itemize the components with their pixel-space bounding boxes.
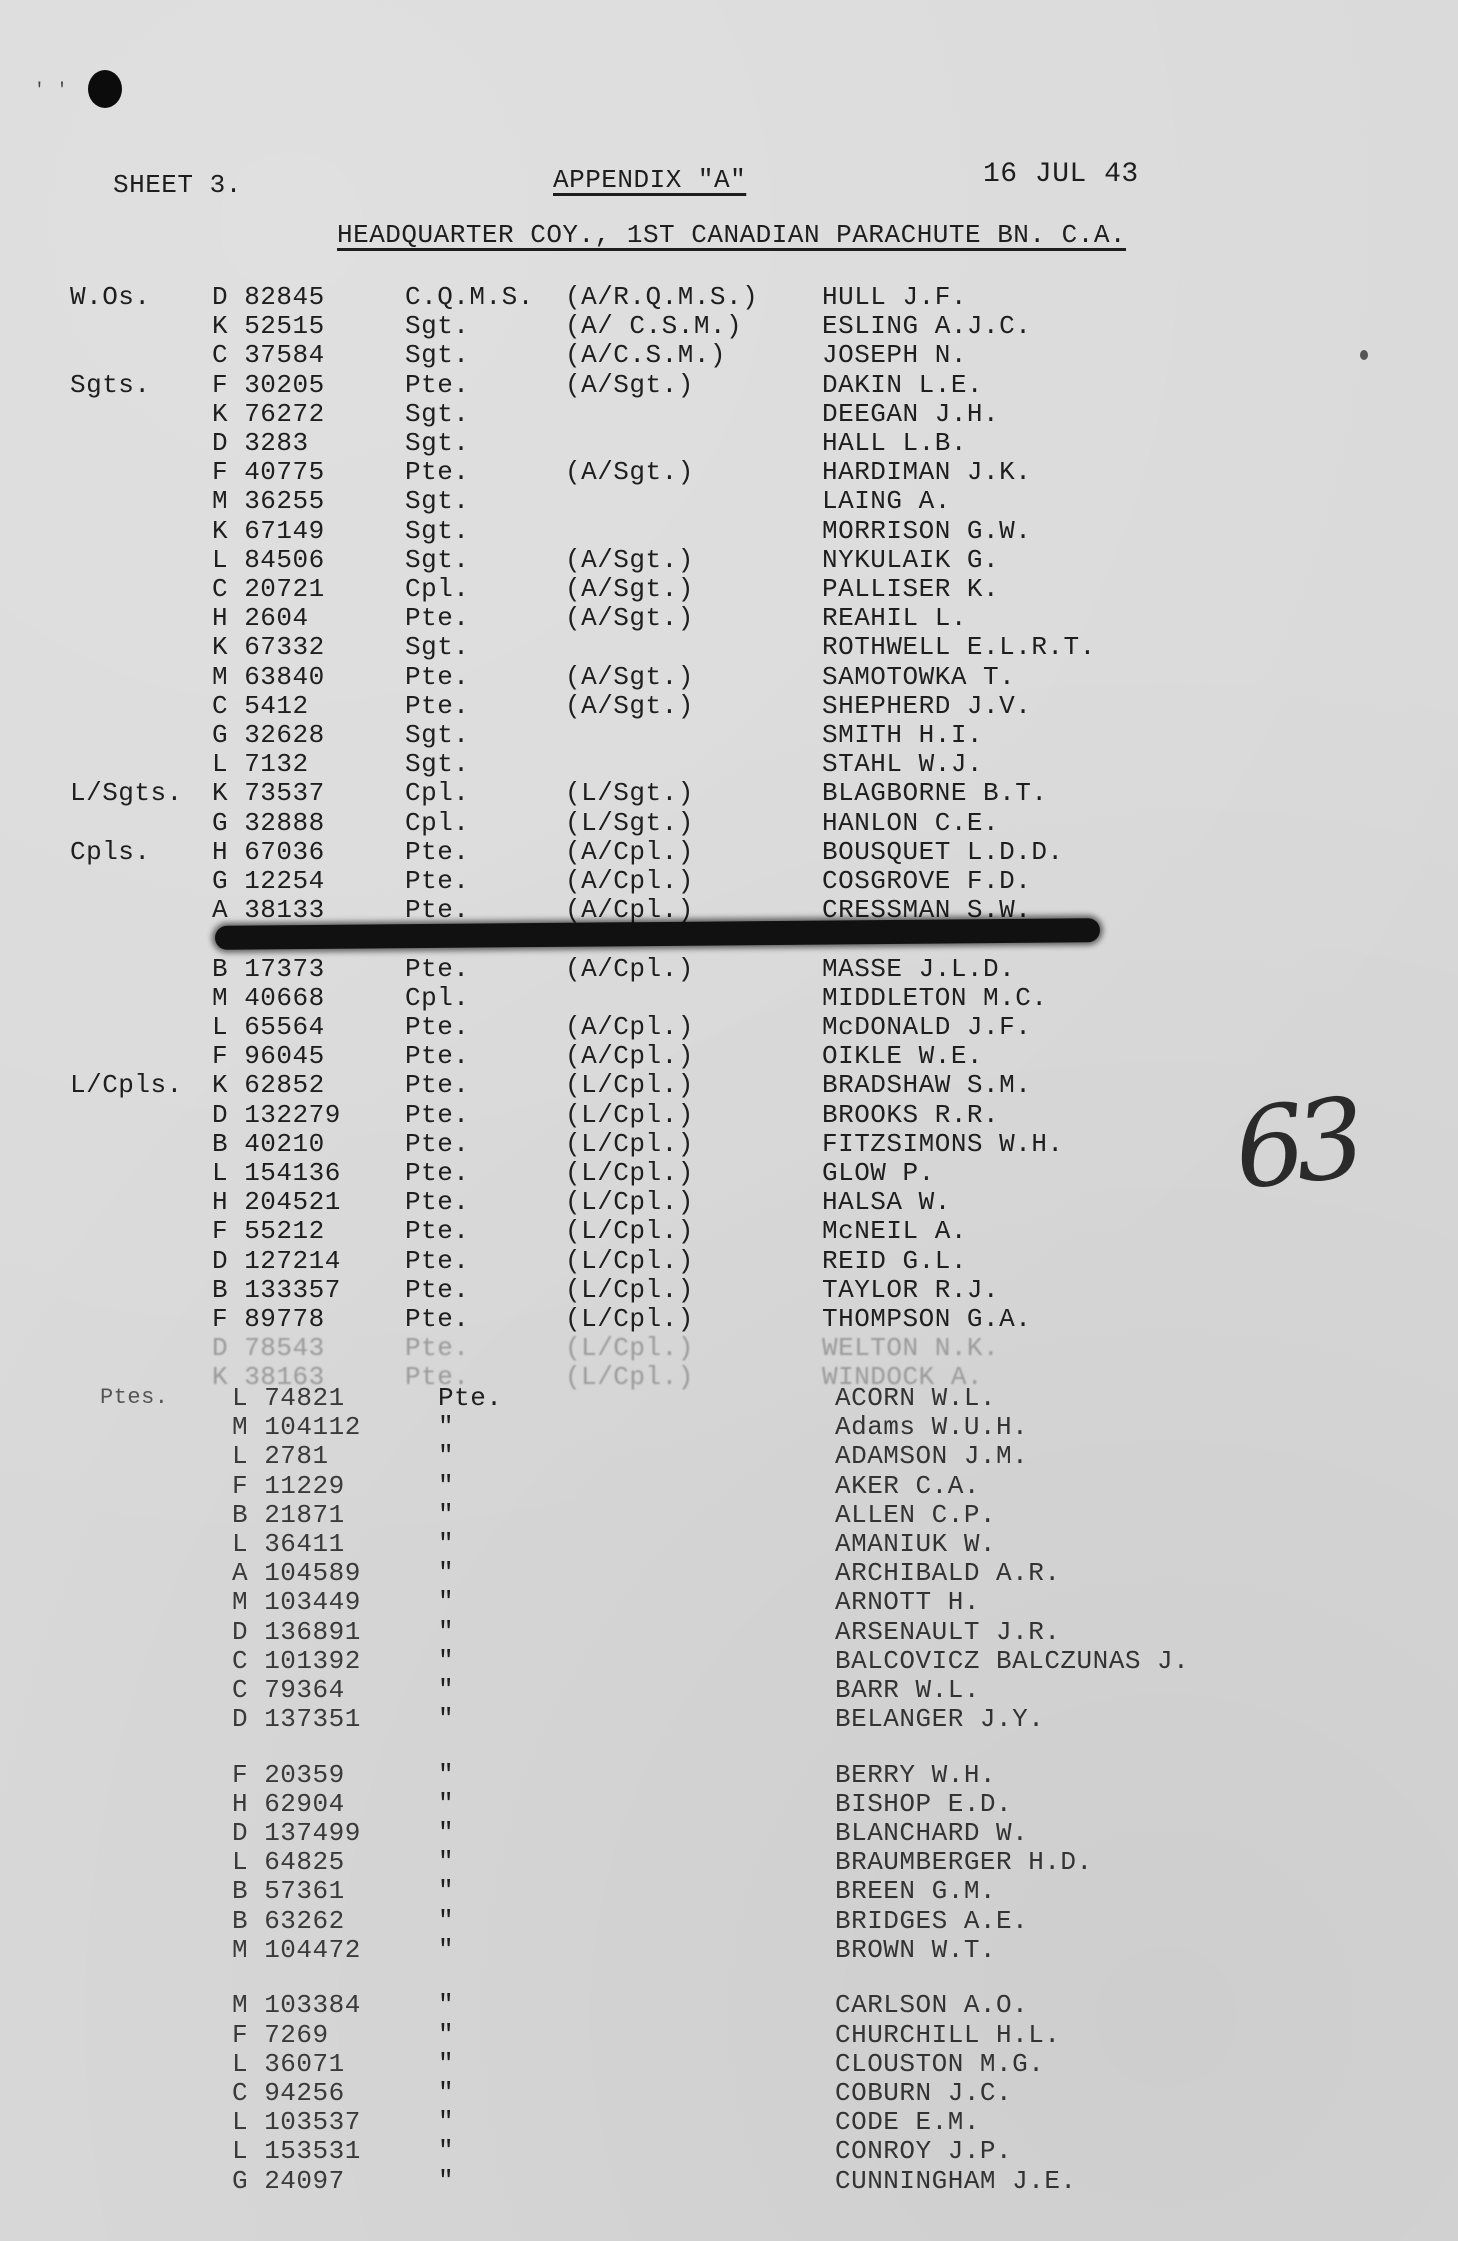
regimental-number: K 73537: [212, 780, 325, 806]
regimental-number: G 24097: [232, 2168, 345, 2194]
soldier-name: BLANCHARD W.: [835, 1820, 1028, 1846]
acting-rank: (L/Cpl.): [565, 1335, 694, 1361]
roster-row: M 103449"ARNOTT H.: [0, 1589, 1458, 1618]
soldier-name: GLOW P.: [822, 1160, 935, 1186]
soldier-name: BERRY W.H.: [835, 1762, 996, 1788]
roster-row: L 153531"CONROY J.P.: [0, 2138, 1458, 2167]
regimental-number: C 101392: [232, 1648, 361, 1674]
regimental-number: C 20721: [212, 576, 325, 602]
regimental-number: D 78543: [212, 1335, 325, 1361]
roster-row: Cpls.H 67036Pte.(A/Cpl.)BOUSQUET L.D.D.: [0, 839, 1458, 868]
soldier-name: MASSE J.L.D.: [822, 956, 1015, 982]
rank-group-label: L/Sgts.: [70, 780, 183, 806]
substantive-rank: Pte.: [405, 1131, 469, 1157]
roster-row: G 12254Pte.(A/Cpl.)COSGROVE F.D.: [0, 868, 1458, 897]
substantive-rank: ": [438, 1937, 454, 1963]
roster-row: L 2781"ADAMSON J.M.: [0, 1443, 1458, 1472]
regimental-number: L 65564: [212, 1014, 325, 1040]
roster-row: K 67149Sgt.MORRISON G.W.: [0, 518, 1458, 547]
substantive-rank: Cpl.: [405, 780, 469, 806]
substantive-rank: Pte.: [405, 1160, 469, 1186]
substantive-rank: Cpl.: [405, 576, 469, 602]
soldier-name: BROWN W.T.: [835, 1937, 996, 1963]
regimental-number: D 82845: [212, 284, 325, 310]
acting-rank: (L/Cpl.): [565, 1306, 694, 1332]
soldier-name: MIDDLETON M.C.: [822, 985, 1047, 1011]
regimental-number: K 67149: [212, 518, 325, 544]
soldier-name: McDONALD J.F.: [822, 1014, 1031, 1040]
soldier-name: REAHIL L.: [822, 605, 967, 631]
substantive-rank: Sgt.: [405, 313, 469, 339]
soldier-name: COBURN J.C.: [835, 2080, 1012, 2106]
regimental-number: A 38133: [212, 897, 325, 923]
roster-row: D 3283Sgt.HALL L.B.: [0, 430, 1458, 459]
unit-heading: HEADQUARTER COY., 1ST CANADIAN PARACHUTE…: [337, 222, 1126, 248]
soldier-name: HANLON C.E.: [822, 810, 999, 836]
soldier-name: HULL J.F.: [822, 284, 967, 310]
roster-row: Ptes.L 74821Pte.ACORN W.L.: [0, 1385, 1458, 1414]
soldier-name: Adams W.U.H.: [835, 1414, 1028, 1440]
roster-row: F 96045Pte.(A/Cpl.)OIKLE W.E.: [0, 1043, 1458, 1072]
substantive-rank: ": [438, 1677, 454, 1703]
soldier-name: HARDIMAN J.K.: [822, 459, 1031, 485]
acting-rank: (A/R.Q.M.S.): [565, 284, 758, 310]
roster-row: B 63262"BRIDGES A.E.: [0, 1908, 1458, 1937]
roster-row: C 5412Pte.(A/Sgt.)SHEPHERD J.V.: [0, 693, 1458, 722]
roster-row: C 94256"COBURN J.C.: [0, 2080, 1458, 2109]
soldier-name: OIKLE W.E.: [822, 1043, 983, 1069]
soldier-name: McNEIL A.: [822, 1218, 967, 1244]
regimental-number: M 63840: [212, 664, 325, 690]
substantive-rank: Pte.: [405, 1277, 469, 1303]
soldier-name: BROOKS R.R.: [822, 1102, 999, 1128]
substantive-rank: Pte.: [405, 1218, 469, 1244]
roster-row: G 32628Sgt.SMITH H.I.: [0, 722, 1458, 751]
regimental-number: L 36071: [232, 2051, 345, 2077]
acting-rank: (L/Cpl.): [565, 1102, 694, 1128]
soldier-name: FITZSIMONS W.H.: [822, 1131, 1064, 1157]
soldier-name: ROTHWELL E.L.R.T.: [822, 634, 1096, 660]
substantive-rank: Pte.: [405, 1248, 469, 1274]
substantive-rank: Pte.: [405, 664, 469, 690]
regimental-number: G 32628: [212, 722, 325, 748]
regimental-number: G 32888: [212, 810, 325, 836]
soldier-name: ARSENAULT J.R.: [835, 1619, 1060, 1645]
regimental-number: B 57361: [232, 1878, 345, 1904]
regimental-number: M 36255: [212, 488, 325, 514]
roster-row: L 103537"CODE E.M.: [0, 2109, 1458, 2138]
substantive-rank: ": [438, 1443, 454, 1469]
roster-row: D 137351"BELANGER J.Y.: [0, 1706, 1458, 1735]
roster-row: D 137499"BLANCHARD W.: [0, 1820, 1458, 1849]
substantive-rank: Pte.: [405, 956, 469, 982]
substantive-rank: ": [438, 1502, 454, 1528]
regimental-number: F 7269: [232, 2022, 329, 2048]
substantive-rank: Pte.: [405, 459, 469, 485]
regimental-number: M 104112: [232, 1414, 361, 1440]
roster-row: F 40775Pte.(A/Sgt.)HARDIMAN J.K.: [0, 459, 1458, 488]
regimental-number: L 154136: [212, 1160, 341, 1186]
regimental-number: K 67332: [212, 634, 325, 660]
roster-row: D 127214Pte.(L/Cpl.)REID G.L.: [0, 1248, 1458, 1277]
substantive-rank: Sgt.: [405, 342, 469, 368]
acting-rank: (A/Sgt.): [565, 576, 694, 602]
soldier-name: BOUSQUET L.D.D.: [822, 839, 1064, 865]
substantive-rank: ": [438, 1992, 454, 2018]
document-date: 16 JUL 43: [983, 162, 1139, 188]
soldier-name: BELANGER J.Y.: [835, 1706, 1044, 1732]
soldier-name: WELTON N.K.: [822, 1335, 999, 1361]
regimental-number: F 96045: [212, 1043, 325, 1069]
roster-row: F 89778Pte.(L/Cpl.)THOMPSON G.A.: [0, 1306, 1458, 1335]
soldier-name: SHEPHERD J.V.: [822, 693, 1031, 719]
substantive-rank: Sgt.: [405, 634, 469, 660]
roster-row: L 36071"CLOUSTON M.G.: [0, 2051, 1458, 2080]
substantive-rank: ": [438, 2051, 454, 2077]
roster-row: M 63840Pte.(A/Sgt.)SAMOTOWKA T.: [0, 664, 1458, 693]
soldier-name: HALSA W.: [822, 1189, 951, 1215]
soldier-name: CUNNINGHAM J.E.: [835, 2168, 1077, 2194]
substantive-rank: ": [438, 1878, 454, 1904]
roster-row: D 78543Pte.(L/Cpl.)WELTON N.K.: [0, 1335, 1458, 1364]
roster-row: B 57361"BREEN G.M.: [0, 1878, 1458, 1907]
acting-rank: (L/Cpl.): [565, 1277, 694, 1303]
substantive-rank: Sgt.: [405, 401, 469, 427]
soldier-name: LAING A.: [822, 488, 951, 514]
regimental-number: H 2604: [212, 605, 309, 631]
regimental-number: L 84506: [212, 547, 325, 573]
substantive-rank: ": [438, 1619, 454, 1645]
handwritten-page-number: 63: [1229, 1074, 1362, 1214]
substantive-rank: ": [438, 1589, 454, 1615]
substantive-rank: Sgt.: [405, 751, 469, 777]
regimental-number: D 127214: [212, 1248, 341, 1274]
substantive-rank: Sgt.: [405, 547, 469, 573]
acting-rank: (A/Sgt.): [565, 664, 694, 690]
roster-row: F 11229"AKER C.A.: [0, 1473, 1458, 1502]
acting-rank: (A/Sgt.): [565, 693, 694, 719]
substantive-rank: ": [438, 1762, 454, 1788]
regimental-number: F 89778: [212, 1306, 325, 1332]
roster-row: K 52515Sgt.(A/ C.S.M.)ESLING A.J.C.: [0, 313, 1458, 342]
regimental-number: M 103449: [232, 1589, 361, 1615]
roster-row: F 20359"BERRY W.H.: [0, 1762, 1458, 1791]
regimental-number: F 11229: [232, 1473, 345, 1499]
roster-row: L 36411"AMANIUK W.: [0, 1531, 1458, 1560]
acting-rank: (L/Cpl.): [565, 1160, 694, 1186]
regimental-number: L 36411: [232, 1531, 345, 1557]
substantive-rank: Pte.: [405, 868, 469, 894]
roster-row: D 136891"ARSENAULT J.R.: [0, 1619, 1458, 1648]
substantive-rank: ": [438, 1414, 454, 1440]
regimental-number: G 12254: [212, 868, 325, 894]
roster-row: M 40668Cpl.MIDDLETON M.C.: [0, 985, 1458, 1014]
soldier-name: BRADSHAW S.M.: [822, 1072, 1031, 1098]
acting-rank: (L/Cpl.): [565, 1131, 694, 1157]
soldier-name: CODE E.M.: [835, 2109, 980, 2135]
substantive-rank: Sgt.: [405, 722, 469, 748]
substantive-rank: Pte.: [405, 1335, 469, 1361]
substantive-rank: ": [438, 1820, 454, 1846]
soldier-name: BRAUMBERGER H.D.: [835, 1849, 1093, 1875]
sheet-number: SHEET 3.: [113, 172, 242, 198]
regimental-number: H 67036: [212, 839, 325, 865]
roster-row: L 84506Sgt.(A/Sgt.)NYKULAIK G.: [0, 547, 1458, 576]
soldier-name: ARNOTT H.: [835, 1589, 980, 1615]
punch-hole: [88, 70, 122, 108]
substantive-rank: ": [438, 1849, 454, 1875]
soldier-name: ARCHIBALD A.R.: [835, 1560, 1060, 1586]
substantive-rank: ": [438, 1791, 454, 1817]
roster-row: L 65564Pte.(A/Cpl.)McDONALD J.F.: [0, 1014, 1458, 1043]
regimental-number: L 7132: [212, 751, 309, 777]
regimental-number: F 30205: [212, 372, 325, 398]
substantive-rank: Pte.: [405, 372, 469, 398]
roster-row: B 21871"ALLEN C.P.: [0, 1502, 1458, 1531]
regimental-number: L 103537: [232, 2109, 361, 2135]
regimental-number: D 132279: [212, 1102, 341, 1128]
substantive-rank: Pte.: [438, 1385, 502, 1411]
soldier-name: STAHL W.J.: [822, 751, 983, 777]
soldier-name: REID G.L.: [822, 1248, 967, 1274]
substantive-rank: ": [438, 1908, 454, 1934]
substantive-rank: Pte.: [405, 839, 469, 865]
punch-marks: ' ': [34, 78, 68, 104]
regimental-number: D 136891: [232, 1619, 361, 1645]
soldier-name: AMANIUK W.: [835, 1531, 996, 1557]
regimental-number: M 104472: [232, 1937, 361, 1963]
appendix-title: APPENDIX "A": [553, 167, 746, 193]
regimental-number: C 5412: [212, 693, 309, 719]
soldier-name: SAMOTOWKA T.: [822, 664, 1015, 690]
roster-row: Sgts.F 30205Pte.(A/Sgt.)DAKIN L.E.: [0, 372, 1458, 401]
substantive-rank: Pte.: [405, 1189, 469, 1215]
acting-rank: (A/Cpl.): [565, 1043, 694, 1069]
soldier-name: CHURCHILL H.L.: [835, 2022, 1060, 2048]
rank-group-label: Cpls.: [70, 839, 151, 865]
substantive-rank: Sgt.: [405, 518, 469, 544]
regimental-number: M 40668: [212, 985, 325, 1011]
regimental-number: D 137499: [232, 1820, 361, 1846]
acting-rank: (A/Sgt.): [565, 372, 694, 398]
roster-row: B 17373Pte.(A/Cpl.)MASSE J.L.D.: [0, 956, 1458, 985]
roster-row: M 104472"BROWN W.T.: [0, 1937, 1458, 1966]
acting-rank: (L/Cpl.): [565, 1218, 694, 1244]
regimental-number: F 55212: [212, 1218, 325, 1244]
soldier-name: ADAMSON J.M.: [835, 1443, 1028, 1469]
regimental-number: L 64825: [232, 1849, 345, 1875]
regimental-number: C 94256: [232, 2080, 345, 2106]
substantive-rank: Sgt.: [405, 430, 469, 456]
roster-row: G 24097"CUNNINGHAM J.E.: [0, 2168, 1458, 2197]
regimental-number: D 137351: [232, 1706, 361, 1732]
regimental-number: C 37584: [212, 342, 325, 368]
regimental-number: B 63262: [232, 1908, 345, 1934]
soldier-name: SMITH H.I.: [822, 722, 983, 748]
regimental-number: D 3283: [212, 430, 309, 456]
substantive-rank: ": [438, 1531, 454, 1557]
substantive-rank: Cpl.: [405, 985, 469, 1011]
soldier-name: THOMPSON G.A.: [822, 1306, 1031, 1332]
soldier-name: NYKULAIK G.: [822, 547, 999, 573]
substantive-rank: ": [438, 1560, 454, 1586]
roster-row: B 133357Pte.(L/Cpl.)TAYLOR R.J.: [0, 1277, 1458, 1306]
soldier-name: BRIDGES A.E.: [835, 1908, 1028, 1934]
roster-row: K 67332Sgt.ROTHWELL E.L.R.T.: [0, 634, 1458, 663]
regimental-number: K 76272: [212, 401, 325, 427]
substantive-rank: ": [438, 2109, 454, 2135]
substantive-rank: ": [438, 2080, 454, 2106]
acting-rank: (L/Cpl.): [565, 1189, 694, 1215]
soldier-name: HALL L.B.: [822, 430, 967, 456]
roster-row: M 104112"Adams W.U.H.: [0, 1414, 1458, 1443]
roster-row: M 36255Sgt.LAING A.: [0, 488, 1458, 517]
acting-rank: (A/Cpl.): [565, 868, 694, 894]
soldier-name: BALCOVICZ BALCZUNAS J.: [835, 1648, 1189, 1674]
substantive-rank: ": [438, 2138, 454, 2164]
substantive-rank: Pte.: [405, 1043, 469, 1069]
regimental-number: M 103384: [232, 1992, 361, 2018]
rank-group-label: Sgts.: [70, 372, 151, 398]
substantive-rank: Pte.: [405, 1014, 469, 1040]
substantive-rank: Cpl.: [405, 810, 469, 836]
regimental-number: B 21871: [232, 1502, 345, 1528]
substantive-rank: ": [438, 1473, 454, 1499]
regimental-number: H 62904: [232, 1791, 345, 1817]
roster-row: F 55212Pte.(L/Cpl.)McNEIL A.: [0, 1218, 1458, 1247]
soldier-name: PALLISER K.: [822, 576, 999, 602]
substantive-rank: C.Q.M.S.: [405, 284, 534, 310]
substantive-rank: ": [438, 2168, 454, 2194]
roster-row: A 104589"ARCHIBALD A.R.: [0, 1560, 1458, 1589]
roster-row: L/Sgts.K 73537Cpl.(L/Sgt.)BLAGBORNE B.T.: [0, 780, 1458, 809]
soldier-name: DEEGAN J.H.: [822, 401, 999, 427]
rank-group-label: W.Os.: [70, 284, 151, 310]
roster-row: C 20721Cpl.(A/Sgt.)PALLISER K.: [0, 576, 1458, 605]
soldier-name: COSGROVE F.D.: [822, 868, 1031, 894]
regimental-number: L 153531: [232, 2138, 361, 2164]
roster-row: L 7132Sgt.STAHL W.J.: [0, 751, 1458, 780]
acting-rank: (L/Cpl.): [565, 1248, 694, 1274]
regimental-number: K 62852: [212, 1072, 325, 1098]
acting-rank: (L/Sgt.): [565, 810, 694, 836]
acting-rank: (A/Sgt.): [565, 459, 694, 485]
acting-rank: (L/Sgt.): [565, 780, 694, 806]
soldier-name: CARLSON A.O.: [835, 1992, 1028, 2018]
regimental-number: F 20359: [232, 1762, 345, 1788]
roster-row: C 79364"BARR W.L.: [0, 1677, 1458, 1706]
acting-rank: (A/Cpl.): [565, 1014, 694, 1040]
regimental-number: L 74821: [232, 1385, 345, 1411]
regimental-number: F 40775: [212, 459, 325, 485]
regimental-number: C 79364: [232, 1677, 345, 1703]
roster-row: H 2604Pte.(A/Sgt.)REAHIL L.: [0, 605, 1458, 634]
rank-group-label: Ptes.: [100, 1385, 169, 1411]
soldier-name: BISHOP E.D.: [835, 1791, 1012, 1817]
soldier-name: DAKIN L.E.: [822, 372, 983, 398]
soldier-name: TAYLOR R.J.: [822, 1277, 999, 1303]
substantive-rank: Pte.: [405, 1102, 469, 1128]
roster-row: L 64825"BRAUMBERGER H.D.: [0, 1849, 1458, 1878]
regimental-number: B 17373: [212, 956, 325, 982]
acting-rank: (A/Cpl.): [565, 956, 694, 982]
soldier-name: JOSEPH N.: [822, 342, 967, 368]
roster-row: K 76272Sgt.DEEGAN J.H.: [0, 401, 1458, 430]
acting-rank: (A/Cpl.): [565, 897, 694, 923]
substantive-rank: Pte.: [405, 897, 469, 923]
substantive-rank: ": [438, 1706, 454, 1732]
substantive-rank: Sgt.: [405, 488, 469, 514]
regimental-number: A 104589: [232, 1560, 361, 1586]
regimental-number: L 2781: [232, 1443, 329, 1469]
soldier-name: AKER C.A.: [835, 1473, 980, 1499]
regimental-number: B 133357: [212, 1277, 341, 1303]
soldier-name: CLOUSTON M.G.: [835, 2051, 1044, 2077]
soldier-name: BLAGBORNE B.T.: [822, 780, 1047, 806]
soldier-name: MORRISON G.W.: [822, 518, 1031, 544]
roster-row: W.Os.D 82845C.Q.M.S.(A/R.Q.M.S.)HULL J.F…: [0, 284, 1458, 313]
soldier-name: ESLING A.J.C.: [822, 313, 1031, 339]
roster-row: G 32888Cpl.(L/Sgt.)HANLON C.E.: [0, 810, 1458, 839]
substantive-rank: Pte.: [405, 1306, 469, 1332]
substantive-rank: Pte.: [405, 1072, 469, 1098]
acting-rank: (A/C.S.M.): [565, 342, 726, 368]
soldier-name: ACORN W.L.: [835, 1385, 996, 1411]
roster-row: C 37584Sgt.(A/C.S.M.)JOSEPH N.: [0, 342, 1458, 371]
acting-rank: (A/Sgt.): [565, 605, 694, 631]
regimental-number: B 40210: [212, 1131, 325, 1157]
roster-row: C 101392"BALCOVICZ BALCZUNAS J.: [0, 1648, 1458, 1677]
substantive-rank: Pte.: [405, 693, 469, 719]
regimental-number: H 204521: [212, 1189, 341, 1215]
acting-rank: (A/Sgt.): [565, 547, 694, 573]
regimental-number: K 52515: [212, 313, 325, 339]
acting-rank: (L/Cpl.): [565, 1072, 694, 1098]
substantive-rank: ": [438, 2022, 454, 2048]
substantive-rank: ": [438, 1648, 454, 1674]
soldier-name: ALLEN C.P.: [835, 1502, 996, 1528]
rank-group-label: L/Cpls.: [70, 1072, 183, 1098]
soldier-name: CONROY J.P.: [835, 2138, 1012, 2164]
acting-rank: (A/ C.S.M.): [565, 313, 742, 339]
substantive-rank: Pte.: [405, 605, 469, 631]
roster-row: F 7269"CHURCHILL H.L.: [0, 2022, 1458, 2051]
soldier-name: BREEN G.M.: [835, 1878, 996, 1904]
acting-rank: (A/Cpl.): [565, 839, 694, 865]
roster-row: H 62904"BISHOP E.D.: [0, 1791, 1458, 1820]
soldier-name: BARR W.L.: [835, 1677, 980, 1703]
roster-row: M 103384"CARLSON A.O.: [0, 1992, 1458, 2021]
